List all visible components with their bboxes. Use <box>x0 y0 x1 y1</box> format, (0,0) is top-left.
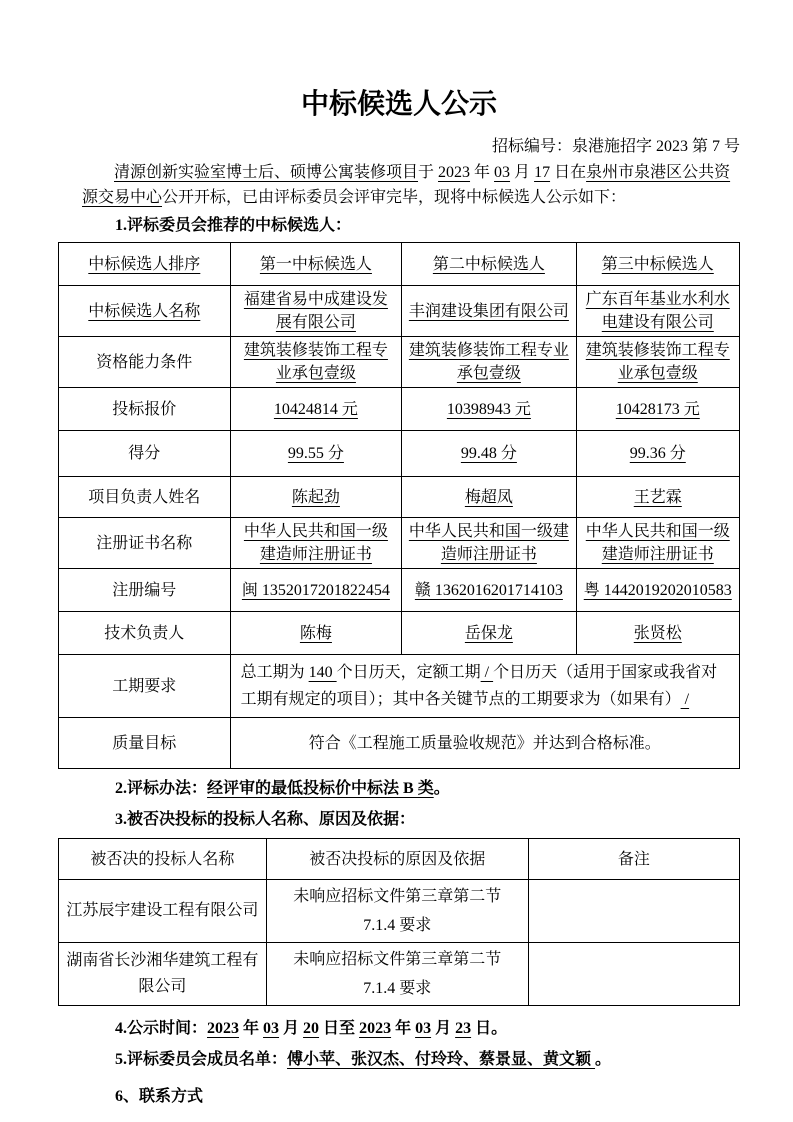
document-page: 中标候选人公示 招标编号：泉港施招字 2023 第 7 号 清源创新实验室博士后… <box>0 0 793 1122</box>
table-row-project-manager: 项目负责人姓名 陈起劲 梅超凤 王艺霖 <box>59 477 740 518</box>
candidate-2-registration-number: 赣 1362016201714103 <box>402 569 576 612</box>
table-row-bid-price: 投标报价 10424814 元 10398943 元 10428173 元 <box>59 388 740 431</box>
section-6-heading: 6、联系方式 <box>115 1087 740 1107</box>
candidate-1-project-manager: 陈起劲 <box>230 477 402 518</box>
open-bid-day: 17 <box>534 164 550 181</box>
rejected-bidder-2-reason: 未响应招标文件第三章第二节 7.1.4 要求 <box>266 943 528 1006</box>
col-header-rank: 中标候选人排序 <box>59 243 231 286</box>
start-year: 2023 <box>207 1020 239 1037</box>
candidates-table-header-row: 中标候选人排序 第一中标候选人 第二中标候选人 第三中标候选人 <box>59 243 740 286</box>
candidate-3-score: 99.36 分 <box>576 431 739 477</box>
table-row-certificate-name: 注册证书名称 中华人民共和国一级建造师注册证书 中华人民共和国一级建造师注册证书… <box>59 518 740 569</box>
section-4-publicity-period: 4.公示时间：2023 年 03 月 20 日至 2023 年 03 月 23 … <box>115 1019 740 1039</box>
open-bid-month: 03 <box>494 164 510 181</box>
project-name: 清源创新实验室博士后、硕博公寓装修项目 <box>114 164 418 181</box>
candidate-3-project-manager: 王艺霖 <box>576 477 739 518</box>
rejected-bidder-1-name: 江苏辰宇建设工程有限公司 <box>59 880 267 943</box>
col-header-first-candidate: 第一中标候选人 <box>230 243 402 286</box>
intro-paragraph: 清源创新实验室博士后、硕博公寓装修项目于 2023 年 03 月 17 日在泉州… <box>82 160 740 210</box>
section-3-heading: 3.被否决投标的投标人名称、原因及依据： <box>115 810 740 830</box>
table-row-duration-requirement: 工期要求 总工期为 140 个日历天，定额工期 / 个日历天（适用于国家或我省对… <box>59 655 740 718</box>
col-header-third-candidate: 第三中标候选人 <box>576 243 739 286</box>
candidate-3-qualification: 建筑装修装饰工程专业承包壹级 <box>576 337 739 388</box>
candidate-1-certificate: 中华人民共和国一级建造师注册证书 <box>230 518 402 569</box>
table-row-registration-number: 注册编号 闽 1352017201822454 赣 13620162017141… <box>59 569 740 612</box>
row-label: 注册编号 <box>59 569 231 612</box>
col-header-remarks: 备注 <box>528 839 739 880</box>
rejected-bidders-table: 被否决的投标人名称 被否决投标的原因及依据 备注 江苏辰宇建设工程有限公司 未响… <box>58 838 740 1006</box>
candidate-1-qualification: 建筑装修装饰工程专业承包壹级 <box>230 337 402 388</box>
candidate-2-project-manager: 梅超凤 <box>402 477 576 518</box>
candidate-2-score: 99.48 分 <box>402 431 576 477</box>
candidate-3-bid-price: 10428173 元 <box>576 388 739 431</box>
rejected-table-header-row: 被否决的投标人名称 被否决投标的原因及依据 备注 <box>59 839 740 880</box>
start-day: 20 <box>303 1020 319 1037</box>
rejected-bidder-1-note <box>528 880 739 943</box>
candidate-3-registration-number: 粤 1442019202010583 <box>576 569 739 612</box>
rejected-bidder-2-name: 湖南省长沙湘华建筑工程有限公司 <box>59 943 267 1006</box>
open-bid-year: 2023 <box>438 164 470 181</box>
candidate-1-score: 99.55 分 <box>230 431 402 477</box>
candidates-table: 中标候选人排序 第一中标候选人 第二中标候选人 第三中标候选人 中标候选人名称 … <box>58 242 740 769</box>
table-row-candidate-name: 中标候选人名称 福建省易中成建设发展有限公司 丰润建设集团有限公司 广东百年基业… <box>59 286 740 337</box>
candidate-2-technical-lead: 岳保龙 <box>402 612 576 655</box>
row-label: 项目负责人姓名 <box>59 477 231 518</box>
quota-duration-blank: / <box>481 664 493 681</box>
row-label: 质量目标 <box>59 718 231 769</box>
start-month: 03 <box>263 1020 279 1037</box>
section-1-heading: 1.评标委员会推荐的中标候选人： <box>115 216 740 236</box>
end-month: 03 <box>415 1020 431 1037</box>
duration-requirement-text: 总工期为 140 个日历天，定额工期 / 个日历天（适用于国家或我省对工期有规定… <box>230 655 739 718</box>
table-row-score: 得分 99.55 分 99.48 分 99.36 分 <box>59 431 740 477</box>
rejected-bidder-row: 湖南省长沙湘华建筑工程有限公司 未响应招标文件第三章第二节 7.1.4 要求 <box>59 943 740 1006</box>
candidate-3-certificate: 中华人民共和国一级建造师注册证书 <box>576 518 739 569</box>
row-label: 得分 <box>59 431 231 477</box>
total-duration-days: 140 <box>309 664 337 681</box>
page-title: 中标候选人公示 <box>58 88 740 122</box>
row-label: 投标报价 <box>59 388 231 431</box>
row-label: 中标候选人名称 <box>59 286 231 337</box>
rejected-bidder-row: 江苏辰宇建设工程有限公司 未响应招标文件第三章第二节 7.1.4 要求 <box>59 880 740 943</box>
candidate-1-name: 福建省易中成建设发展有限公司 <box>230 286 402 337</box>
row-label: 资格能力条件 <box>59 337 231 388</box>
bid-reference-number: 招标编号：泉港施招字 2023 第 7 号 <box>58 136 740 158</box>
rejected-bidder-2-note <box>528 943 739 1006</box>
candidate-1-registration-number: 闽 1352017201822454 <box>230 569 402 612</box>
rejected-bidder-1-reason: 未响应招标文件第三章第二节 7.1.4 要求 <box>266 880 528 943</box>
candidate-3-name: 广东百年基业水利水电建设有限公司 <box>576 286 739 337</box>
key-node-duration-blank: / <box>681 691 689 708</box>
candidate-1-bid-price: 10424814 元 <box>230 388 402 431</box>
row-label: 工期要求 <box>59 655 231 718</box>
candidate-1-technical-lead: 陈梅 <box>230 612 402 655</box>
candidate-3-technical-lead: 张贤松 <box>576 612 739 655</box>
candidate-2-name: 丰润建设集团有限公司 <box>402 286 576 337</box>
candidate-2-certificate: 中华人民共和国一级建造师注册证书 <box>402 518 576 569</box>
end-year: 2023 <box>359 1020 391 1037</box>
evaluation-method: 经评审的最低投标价中标法 B 类 <box>207 780 434 797</box>
committee-member-names: 傅小苹、张汉杰、付玲玲、蔡景显、黄文颖 <box>287 1051 595 1068</box>
row-label: 技术负责人 <box>59 612 231 655</box>
candidate-2-bid-price: 10398943 元 <box>402 388 576 431</box>
row-label: 注册证书名称 <box>59 518 231 569</box>
table-row-technical-lead: 技术负责人 陈梅 岳保龙 张贤松 <box>59 612 740 655</box>
candidate-2-qualification: 建筑装修装饰工程专业承包壹级 <box>402 337 576 388</box>
col-header-rejection-reason: 被否决投标的原因及依据 <box>266 839 528 880</box>
section-5-committee-members: 5.评标委员会成员名单：傅小苹、张汉杰、付玲玲、蔡景显、黄文颖 。 <box>115 1050 740 1070</box>
section-2-heading: 2.评标办法：经评审的最低投标价中标法 B 类。 <box>115 779 740 799</box>
quality-target-text: 符合《工程施工质量验收规范》并达到合格标准。 <box>230 718 739 769</box>
table-row-quality-target: 质量目标 符合《工程施工质量验收规范》并达到合格标准。 <box>59 718 740 769</box>
col-header-rejected-bidder: 被否决的投标人名称 <box>59 839 267 880</box>
end-day: 23 <box>455 1020 471 1037</box>
table-row-qualification: 资格能力条件 建筑装修装饰工程专业承包壹级 建筑装修装饰工程专业承包壹级 建筑装… <box>59 337 740 388</box>
col-header-second-candidate: 第二中标候选人 <box>402 243 576 286</box>
